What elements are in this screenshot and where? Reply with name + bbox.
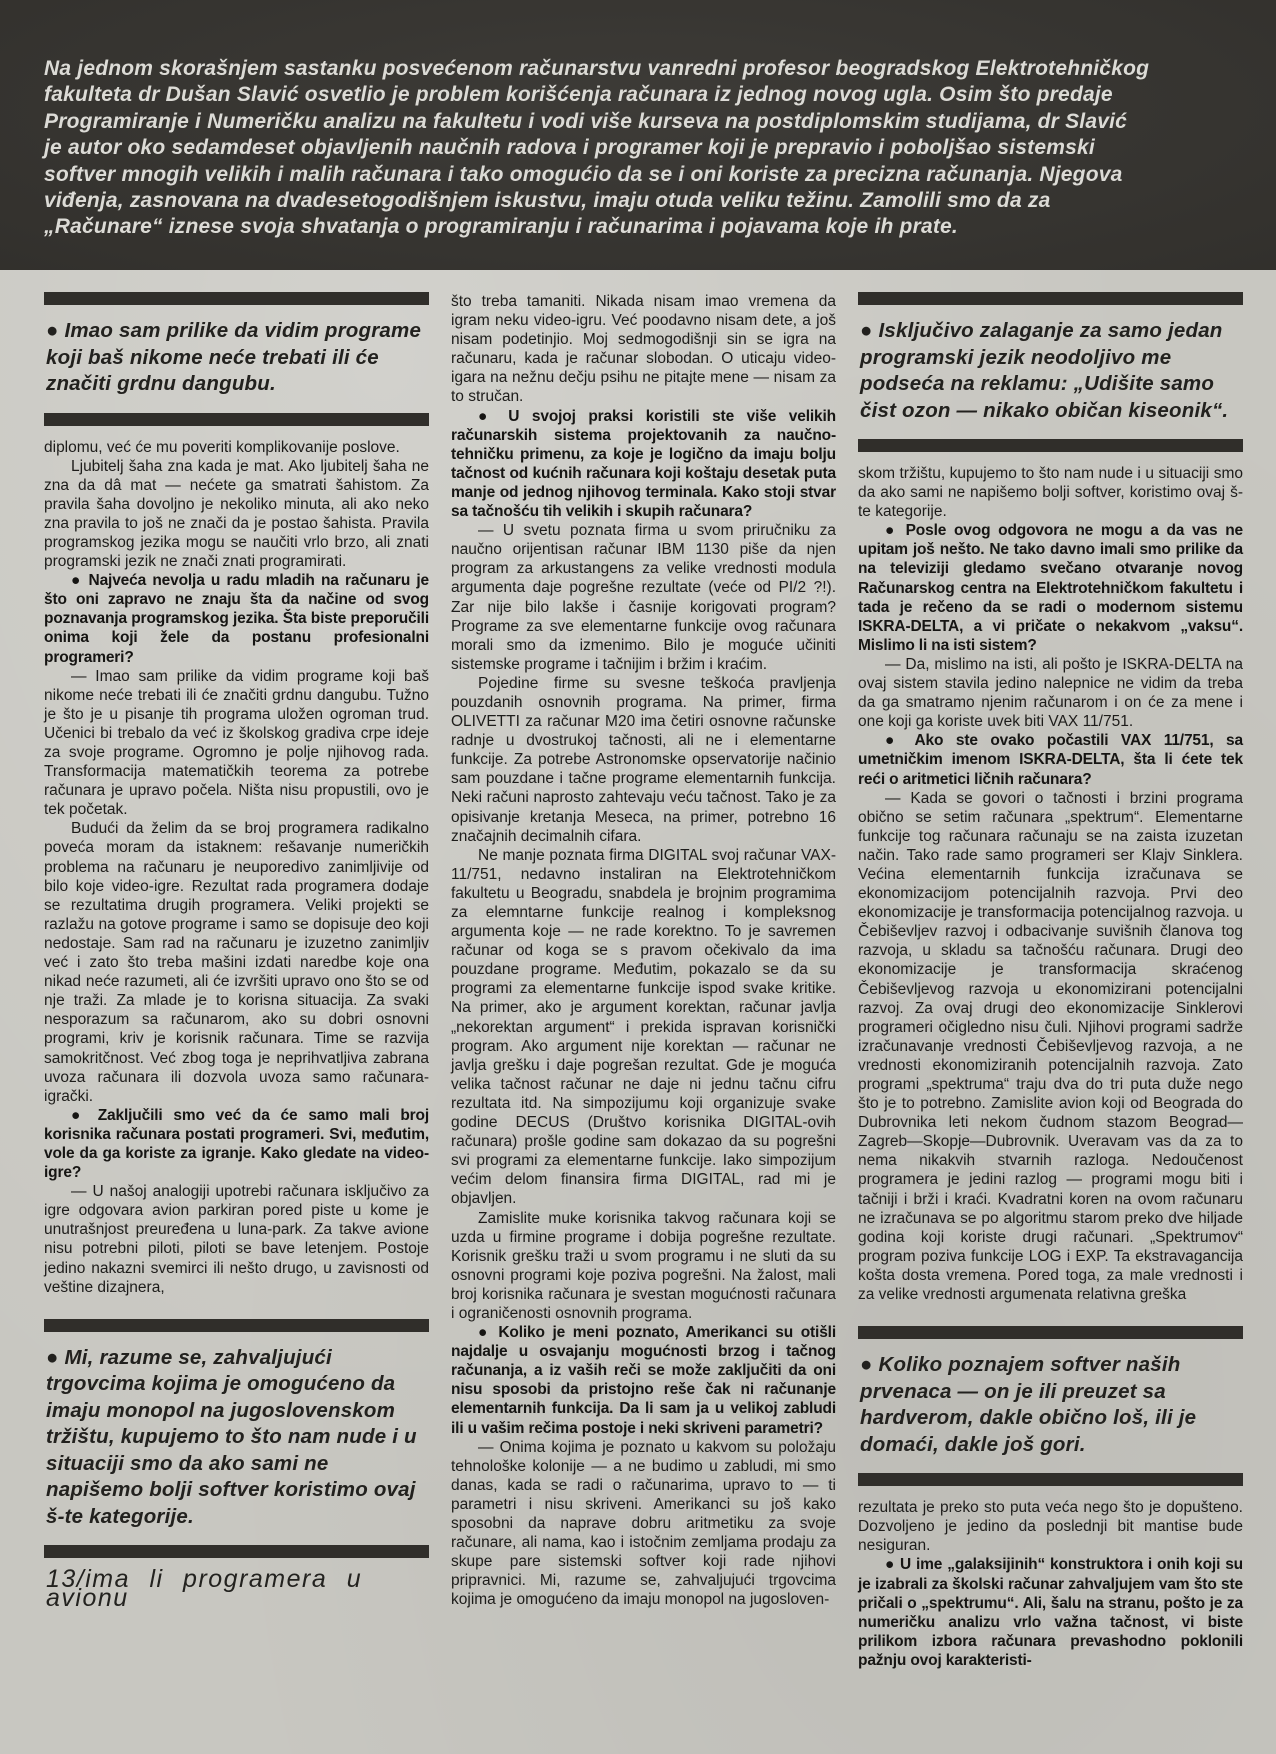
- pull-quote: ● Mi, razume se, zahvaljujući trgovcima …: [44, 1319, 429, 1559]
- interview-question: ● U ime „galaksijinih“ konstruktora i on…: [858, 1555, 1243, 1670]
- interview-question: ● Koliko je meni poznato, Amerikanci su …: [451, 1323, 836, 1438]
- pull-quote-text: ● Isključivo zalaganje za samo jedan pro…: [858, 305, 1243, 439]
- pull-quote: ● Isključivo zalaganje za samo jedan pro…: [858, 292, 1243, 452]
- column-left: ● Imao sam prilike da vidim programe koj…: [44, 292, 429, 1754]
- interview-question: ● Zaključili smo već da će samo mali bro…: [44, 1106, 429, 1182]
- pull-quote-rule: [44, 1319, 429, 1332]
- masthead-band: Na jednom skorašnjem sastanku posvećenom…: [0, 0, 1276, 270]
- paragraph: diplomu, već će mu poveriti komplikovani…: [44, 438, 429, 457]
- interview-answer: — Da, mislimo na isti, ali pošto je ISKR…: [858, 655, 1243, 731]
- interview-answer: — Imao sam prilike da vidim programe koj…: [44, 667, 429, 820]
- pull-quote-text: ● Imao sam prilike da vidim programe koj…: [44, 305, 429, 413]
- pull-quote-text: ● Koliko poznajem softver naših prvenaca…: [858, 1339, 1243, 1473]
- interview-answer: — U našoj analogiji upotrebi računara is…: [44, 1182, 429, 1297]
- interview-question: ● Posle ovog odgovora ne mogu a da vas n…: [858, 521, 1243, 655]
- pull-quote: ● Koliko poznajem softver naših prvenaca…: [858, 1326, 1243, 1486]
- pull-quote-rule: [44, 292, 429, 305]
- interview-answer: — Onima kojima je poznato u kakvom su po…: [451, 1438, 836, 1610]
- paragraph: Ljubitelj šaha zna kada je mat. Ako ljub…: [44, 457, 429, 572]
- interview-question: ● U svojoj praksi koristili ste više vel…: [451, 407, 836, 522]
- pull-quote-text: ● Mi, razume se, zahvaljujući trgovcima …: [44, 1332, 429, 1546]
- paragraph: Budući da želim da se broj programera ra…: [44, 819, 429, 1105]
- pull-quote-rule: [44, 1545, 429, 1558]
- interview-question: ● Ako ste ovako počastili VAX 11/751, sa…: [858, 731, 1243, 788]
- article-columns: ● Imao sam prilike da vidim programe koj…: [0, 270, 1276, 1754]
- paragraph: Ne manje poznata firma DIGITAL svoj raču…: [451, 846, 836, 1209]
- paragraph: što treba tamaniti. Nikada nisam imao vr…: [451, 292, 836, 407]
- interview-answer: — U svetu poznata firma u svom priručnik…: [451, 521, 836, 674]
- pull-quote-rule: [858, 439, 1243, 452]
- column-right: ● Isključivo zalaganje za samo jedan pro…: [858, 292, 1243, 1754]
- paragraph: skom tržištu, kupujemo to što nam nude i…: [858, 464, 1243, 521]
- pull-quote-rule: [858, 1473, 1243, 1486]
- interview-question: ● Najveća nevolja u radu mladih na račun…: [44, 571, 429, 666]
- page-footer-slug: 13/ima li programera u avionu: [44, 1570, 429, 1662]
- column-middle: što treba tamaniti. Nikada nisam imao vr…: [451, 292, 836, 1754]
- paragraph: Zamislite muke korisnika takvog računara…: [451, 1209, 836, 1324]
- intro-paragraph: Na jednom skorašnjem sastanku posvećenom…: [44, 56, 1150, 241]
- magazine-page: Na jednom skorašnjem sastanku posvećenom…: [0, 0, 1276, 1754]
- pull-quote: ● Imao sam prilike da vidim programe koj…: [44, 292, 429, 426]
- paragraph: Pojedine firme su svesne teškoća pravlje…: [451, 674, 836, 846]
- paragraph: rezultata je preko sto puta veća nego št…: [858, 1498, 1243, 1555]
- pull-quote-rule: [858, 1326, 1243, 1339]
- pull-quote-rule: [858, 292, 1243, 305]
- pull-quote-rule: [44, 413, 429, 426]
- interview-answer: — Kada se govori o tačnosti i brzini pro…: [858, 789, 1243, 1305]
